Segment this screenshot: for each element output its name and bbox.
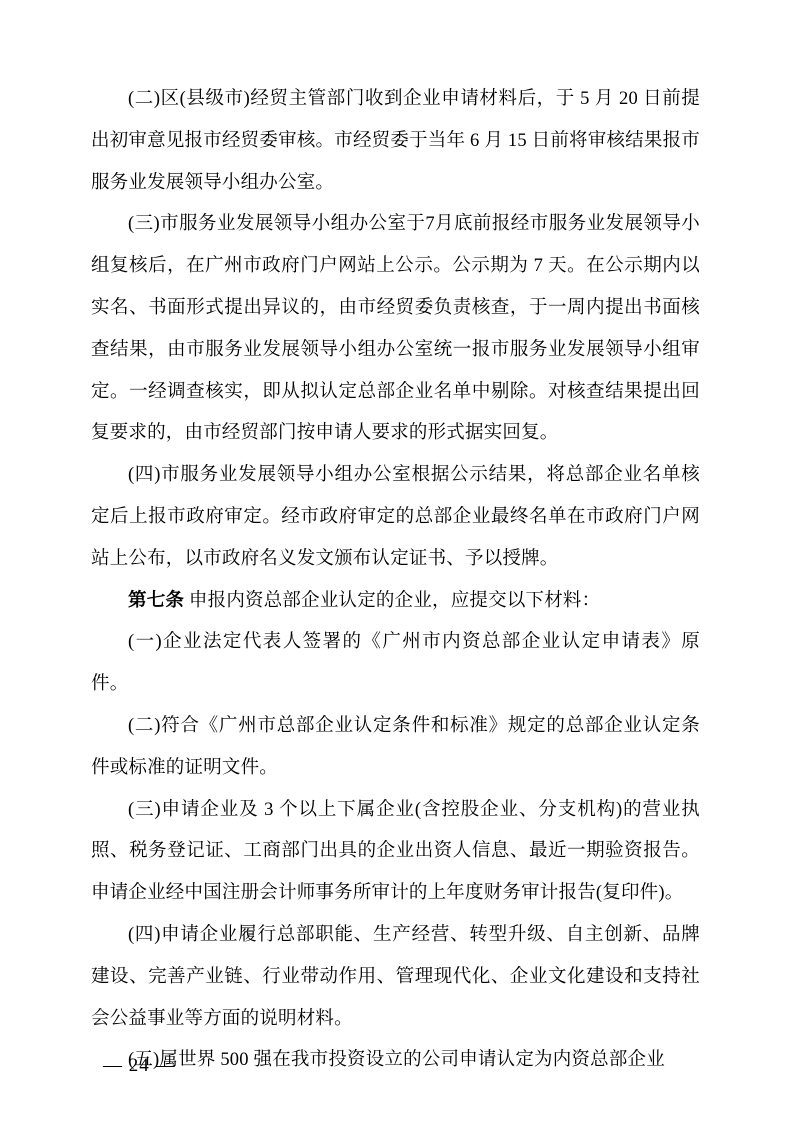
document-body: (二)区(县级市)经贸主管部门收到企业申请材料后，于 5 月 20 日前提出初审… <box>91 79 700 1082</box>
paragraph-material-4-descriptions: (四)申请企业履行总部职能、生产经营、转型升级、自主创新、品牌建设、完善产业链、… <box>91 915 700 1040</box>
page-footer: — 24 — <box>103 1053 176 1079</box>
paragraph-item-4-approval: (四)市服务业发展领导小组办公室根据公示结果，将总部企业名单核定后上报市政府审定… <box>91 455 700 580</box>
paragraph-material-3-licenses: (三)申请企业及 3 个以上下属企业(含控股企业、分支机构)的营业执照、税务登记… <box>91 790 700 915</box>
article-7-text: 申报内资总部企业认定的企业，应提交以下材料： <box>184 591 600 611</box>
paragraph-article-7: 第七条 申报内资总部企业认定的企业，应提交以下材料： <box>91 581 700 623</box>
paragraph-item-2-review: (二)区(县级市)经贸主管部门收到企业申请材料后，于 5 月 20 日前提出初审… <box>91 79 700 204</box>
paragraph-material-5-fortune500: (五)属世界 500 强在我市投资设立的公司申请认定为内资总部企业 <box>91 1040 700 1082</box>
paragraph-material-2-certificates: (二)符合《广州市总部企业认定条件和标准》规定的总部企业认定条件或标准的证明文件… <box>91 706 700 790</box>
article-7-number: 第七条 <box>128 591 184 611</box>
page-number: — 24 — <box>103 1055 176 1076</box>
paragraph-item-3-publicity: (三)市服务业发展领导小组办公室于7月底前报经市服务业发展领导小组复核后，在广州… <box>91 204 700 455</box>
paragraph-material-1-application-form: (一)企业法定代表人签署的《广州市内资总部企业认定申请表》原件。 <box>91 622 700 706</box>
document-page: (二)区(县级市)经贸主管部门收到企业申请材料后，于 5 月 20 日前提出初审… <box>0 0 794 1123</box>
